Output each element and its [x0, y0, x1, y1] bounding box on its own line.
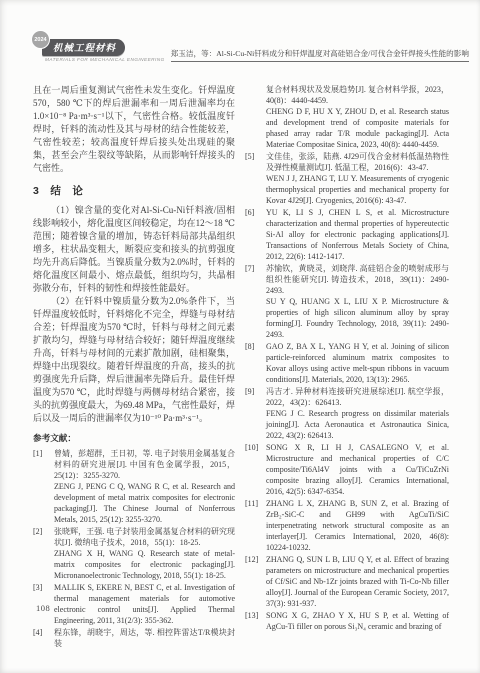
reference-item-9: [9] 冯吉才. 异种材料连接研究进展综述[J]. 航空学报，2022，43(2… [245, 386, 449, 441]
right-column: 复合材料现状及发展趋势[J]. 复合材料学报，2023，40(8)：4440-4… [245, 84, 449, 633]
reference-number: [9] [245, 386, 266, 441]
reference-body: YU K, LI S J, CHEN L S, et al. Microstru… [266, 207, 449, 262]
year-badge: 2024 [31, 30, 50, 49]
journal-logo: 2024 机械工程材料 MATERIALS FOR MECHANICAL ENG… [33, 32, 165, 62]
reference-item-1: [1] 曾婧，彭超群，王日初，等. 电子封装用金属基复合材料的研究进展[J]. … [33, 448, 235, 525]
reference-body: SONG X R, LI H J, CASALEGNO V, et al. Mi… [266, 442, 449, 497]
reference-body: 苏愉钦，黄晓灵，刘晓萍. 高硅铝合金的喷射成形与组织性能研究[J]. 铸造技术，… [266, 263, 449, 340]
reference-text-en: ZENG J, PENG C Q, WANG R C, et al. Resea… [54, 481, 235, 525]
reference-number: [10] [245, 442, 266, 497]
reference-body: 复合材料现状及发展趋势[J]. 复合材料学报，2023，40(8)：4440-4… [266, 84, 449, 150]
reference-item-6: [6] YU K, LI S J, CHEN L S, et al. Micro… [245, 207, 449, 262]
paragraph-airtightness: 且在一周后重复测试气密性未发生变化。钎焊温度570，580 ℃下的焊后泄漏率和一… [33, 84, 235, 175]
reference-body: 文佳佳，张添，陆燕. 4J29可伐合金材料低温热物性及弹性模量测试[J]. 低温… [266, 151, 449, 206]
reference-text-en: WEN J J, ZHANG T, LU Y. Measurements of … [266, 173, 449, 206]
journal-title-en: MATERIALS FOR MECHANICAL ENGINEERING [45, 57, 165, 62]
reference-body: ZHANG Q, SUN L B, LIU Q Y, et al. Effect… [266, 554, 449, 609]
reference-text-zh: 冯吉才. 异种材料连接研究进展综述[J]. 航空学报，2022，43(2)：62… [266, 386, 449, 408]
reference-body: MALLIK S, EKERE N, BEST C, et al. Invest… [54, 582, 235, 626]
reference-text-en: SU Y Q, HUANG X L, LIU X P. Microstructu… [266, 296, 449, 340]
reference-number: [8] [245, 341, 266, 385]
reference-number: [6] [245, 207, 266, 262]
reference-number: [12] [245, 554, 266, 609]
reference-text-en: GAO Z, BA X L, YANG H Y, et al. Joining … [266, 341, 449, 385]
left-column: 且在一周后重复测试气密性未发生变化。钎焊温度570，580 ℃下的焊后泄漏率和一… [33, 84, 235, 650]
reference-number: [2] [33, 526, 54, 581]
reference-item-12: [12] ZHANG Q, SUN L B, LIU Q Y, et al. E… [245, 554, 449, 609]
reference-text-zh: 张晓辉，王强. 电子封装用金属基复合材料的研究现状[J]. 微纳电子技术，201… [54, 526, 235, 548]
reference-item-7: [7] 苏愉钦，黄晓灵，刘晓萍. 高硅铝合金的喷射成形与组织性能研究[J]. 铸… [245, 263, 449, 340]
reference-text-en: SONG X R, LI H J, CASALEGNO V, et al. Mi… [266, 442, 449, 497]
reference-text-en: SONG X G, ZHAO Y X, HU S P, et al. Wetti… [266, 610, 449, 632]
reference-text-zh: 复合材料现状及发展趋势[J]. 复合材料学报，2023，40(8)：4440-4… [266, 84, 449, 106]
reference-body: GAO Z, BA X L, YANG H Y, et al. Joining … [266, 341, 449, 385]
reference-text-zh: 程东锋，胡晓宇，周达，等. 相控阵雷达T/R模块封装 [54, 627, 235, 649]
reference-text-zh: 文佳佳，张添，陆燕. 4J29可伐合金材料低温热物性及弹性模量测试[J]. 低温… [266, 151, 449, 173]
reference-number: [11] [245, 498, 266, 553]
reference-body: 曾婧，彭超群，王日初，等. 电子封装用金属基复合材料的研究进展[J]. 中国有色… [54, 448, 235, 525]
reference-text-en: ZHANG L X, ZHANG B, SUN Z, et al. Brazin… [266, 498, 449, 553]
conclusion-item-1: （1）镍含量的变化对Al-Si-Cu-Ni钎料液/固相线影响较小，熔化温度区间较… [33, 204, 235, 295]
reference-text-en: FENG J C. Research progress on dissimila… [266, 408, 449, 441]
references-heading: 参考文献： [33, 432, 235, 444]
page-number: 108 [36, 603, 50, 613]
reference-number: [13] [245, 610, 266, 632]
section-heading-conclusion: 3 结 论 [33, 183, 235, 198]
reference-item-2: [2] 张晓辉，王强. 电子封装用金属基复合材料的研究现状[J]. 微纳电子技术… [33, 526, 235, 581]
reference-text-zh: 苏愉钦，黄晓灵，刘晓萍. 高硅铝合金的喷射成形与组织性能研究[J]. 铸造技术，… [266, 263, 449, 296]
reference-item-8: [8] GAO Z, BA X L, YANG H Y, et al. Join… [245, 341, 449, 385]
reference-body: 张晓辉，王强. 电子封装用金属基复合材料的研究现状[J]. 微纳电子技术，201… [54, 526, 235, 581]
reference-body: 程东锋，胡晓宇，周达，等. 相控阵雷达T/R模块封装 [54, 627, 235, 649]
reference-number: [4] [33, 627, 54, 649]
conclusion-item-2: （2）在钎料中镍质量分数为2.0%条件下，当钎焊温度较低时，钎料熔化不完全，焊缝… [33, 295, 235, 425]
running-head: 郑玉洁，等：Al-Si-Cu-Ni钎料成分和钎焊温度对高硅铝合金/可伐合金钎焊接… [171, 49, 469, 62]
reference-text-en: ZHANG Q, SUN L B, LIU Q Y, et al. Effect… [266, 554, 449, 609]
reference-item-3: [3] MALLIK S, EKERE N, BEST C, et al. In… [33, 582, 235, 626]
reference-text-zh: 曾婧，彭超群，王日初，等. 电子封装用金属基复合材料的研究进展[J]. 中国有色… [54, 448, 235, 481]
reference-item-4-continued: 复合材料现状及发展趋势[J]. 复合材料学报，2023，40(8)：4440-4… [245, 84, 449, 150]
reference-body: SONG X G, ZHAO Y X, HU S P, et al. Wetti… [266, 610, 449, 632]
reference-number: [7] [245, 263, 266, 340]
reference-body: ZHANG L X, ZHANG B, SUN Z, et al. Brazin… [266, 498, 449, 553]
reference-item-4: [4] 程东锋，胡晓宇，周达，等. 相控阵雷达T/R模块封装 [33, 627, 235, 649]
reference-number [245, 84, 266, 150]
reference-item-11: [11] ZHANG L X, ZHANG B, SUN Z, et al. B… [245, 498, 449, 553]
reference-item-10: [10] SONG X R, LI H J, CASALEGNO V, et a… [245, 442, 449, 497]
reference-number: [5] [245, 151, 266, 206]
reference-text-en: ZHANG X H, WANG Q. Research state of met… [54, 548, 235, 581]
reference-number: [1] [33, 448, 54, 525]
page-header: 2024 机械工程材料 MATERIALS FOR MECHANICAL ENG… [33, 32, 449, 62]
journal-page: 2024 机械工程材料 MATERIALS FOR MECHANICAL ENG… [0, 0, 480, 673]
reference-text-en: YU K, LI S J, CHEN L S, et al. Microstru… [266, 207, 449, 262]
reference-body: 冯吉才. 异种材料连接研究进展综述[J]. 航空学报，2022，43(2)：62… [266, 386, 449, 441]
reference-item-13: [13] SONG X G, ZHAO Y X, HU S P, et al. … [245, 610, 449, 632]
reference-text-en: CHENG D F, HU X Y, ZHOU D, et al. Resear… [266, 106, 449, 150]
reference-item-5: [5] 文佳佳，张添，陆燕. 4J29可伐合金材料低温热物性及弹性模量测试[J]… [245, 151, 449, 206]
reference-text-en: MALLIK S, EKERE N, BEST C, et al. Invest… [54, 582, 235, 626]
journal-title-zh: 机械工程材料 [42, 39, 125, 56]
